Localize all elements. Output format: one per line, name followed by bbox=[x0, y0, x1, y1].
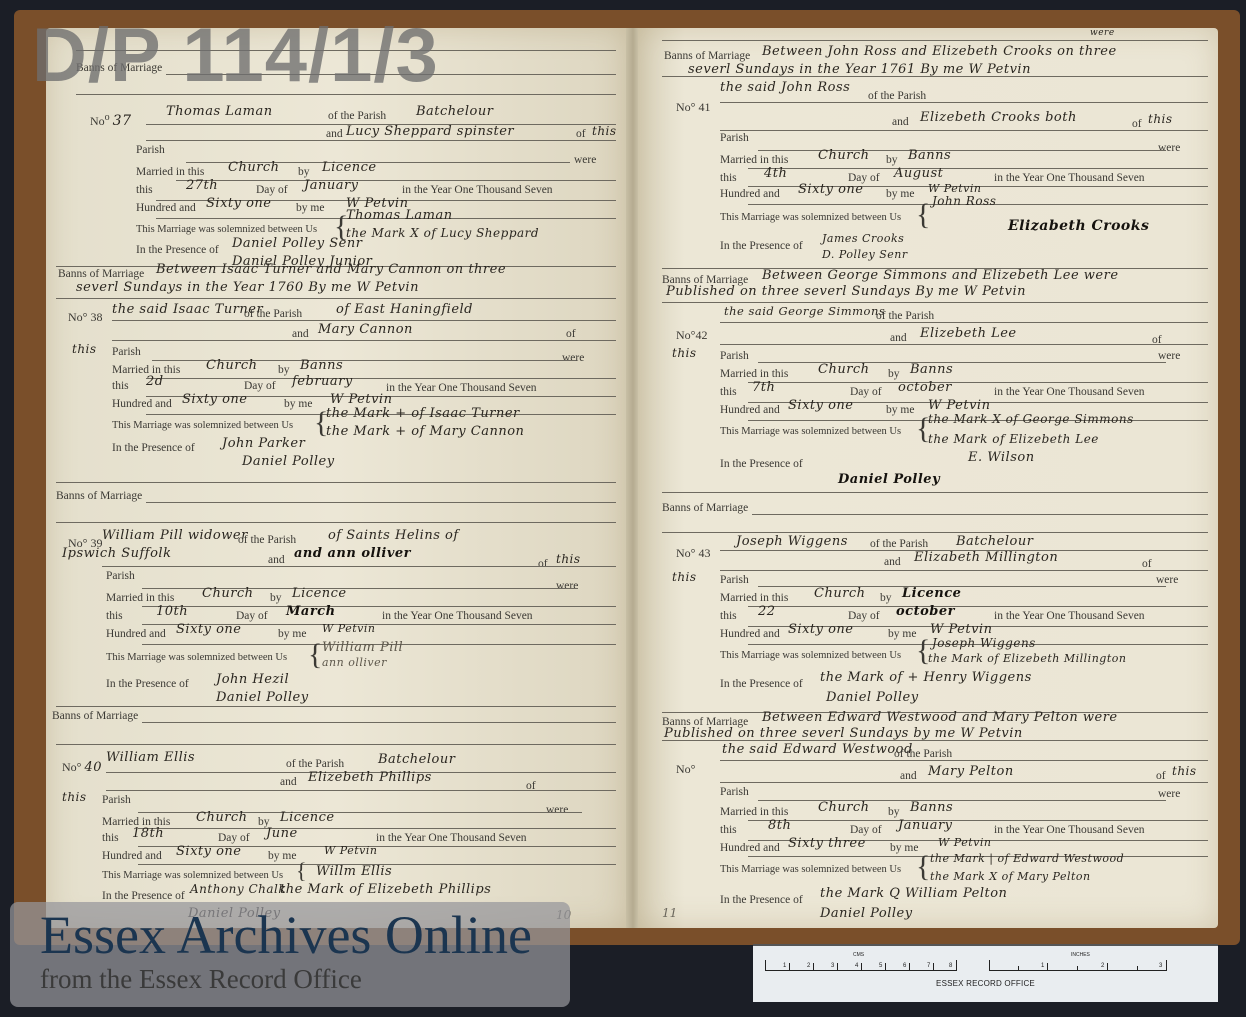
inch-label: INCHES bbox=[1071, 952, 1090, 958]
entry-40: Banns of Marriage No° 40 William Ellis o… bbox=[46, 710, 626, 925]
entry-43: Banns of Marriage Joseph Wiggens No° 43 … bbox=[638, 486, 1218, 706]
inch-ruler: 1 2 3 bbox=[989, 960, 1167, 971]
right-page: were Banns of Marriage Between John Ross… bbox=[638, 28, 1218, 928]
entry-unnumbered: Banns of Marriage Between Edward Westwoo… bbox=[638, 710, 1218, 925]
entry-number: No° 41 bbox=[676, 100, 710, 115]
scale-bar-title: ESSEX RECORD OFFICE bbox=[753, 979, 1218, 988]
reference-stamp: D/P 114/1/3 bbox=[32, 18, 439, 94]
banns-text: Between Isaac Turner and Mary Cannon on … bbox=[156, 262, 506, 277]
entry-39: Banns of Marriage No° 39 William Pill wi… bbox=[46, 486, 626, 706]
entry-number: No° bbox=[676, 762, 695, 777]
watermark-subtitle: from the Essex Record Office bbox=[40, 964, 362, 995]
watermark-title: Essex Archives Online bbox=[40, 904, 532, 966]
signature-2: the Mark X of Lucy Sheppard bbox=[346, 226, 539, 240]
witness-1: Daniel Polley Senr bbox=[232, 236, 362, 251]
page-number: 11 bbox=[662, 906, 677, 920]
entry-41: were Banns of Marriage Between John Ross… bbox=[638, 28, 1218, 258]
scale-bar: 1 2 3 4 5 6 7 8 CMS 1 2 3 INCHES ESSEX R… bbox=[753, 944, 1218, 1002]
entry-38: Banns of Marriage Between Isaac Turner a… bbox=[46, 260, 626, 485]
left-page: Banns of Marriage Noo 37 Thomas Laman of… bbox=[46, 28, 626, 928]
essex-archives-watermark: Essex Archives Online from the Essex Rec… bbox=[10, 902, 570, 1007]
cm-ruler: 1 2 3 4 5 6 7 8 bbox=[765, 960, 957, 971]
entry-42: Banns of Marriage Between George Simmons… bbox=[638, 266, 1218, 486]
entry-number: No° 40 bbox=[62, 760, 102, 775]
entry-number: No° 38 bbox=[68, 310, 102, 325]
signature-1: Thomas Laman bbox=[346, 208, 453, 223]
entry-number: No° 43 bbox=[676, 546, 710, 561]
groom-name: Thomas Laman bbox=[166, 104, 273, 119]
bride-name: Lucy Sheppard spinster bbox=[346, 124, 514, 139]
entry-number: No°42 bbox=[676, 328, 707, 343]
groom-parish: Batchelour bbox=[416, 104, 493, 119]
entry-number: Noo 37 bbox=[90, 112, 132, 129]
cm-label: CMS bbox=[853, 952, 864, 958]
